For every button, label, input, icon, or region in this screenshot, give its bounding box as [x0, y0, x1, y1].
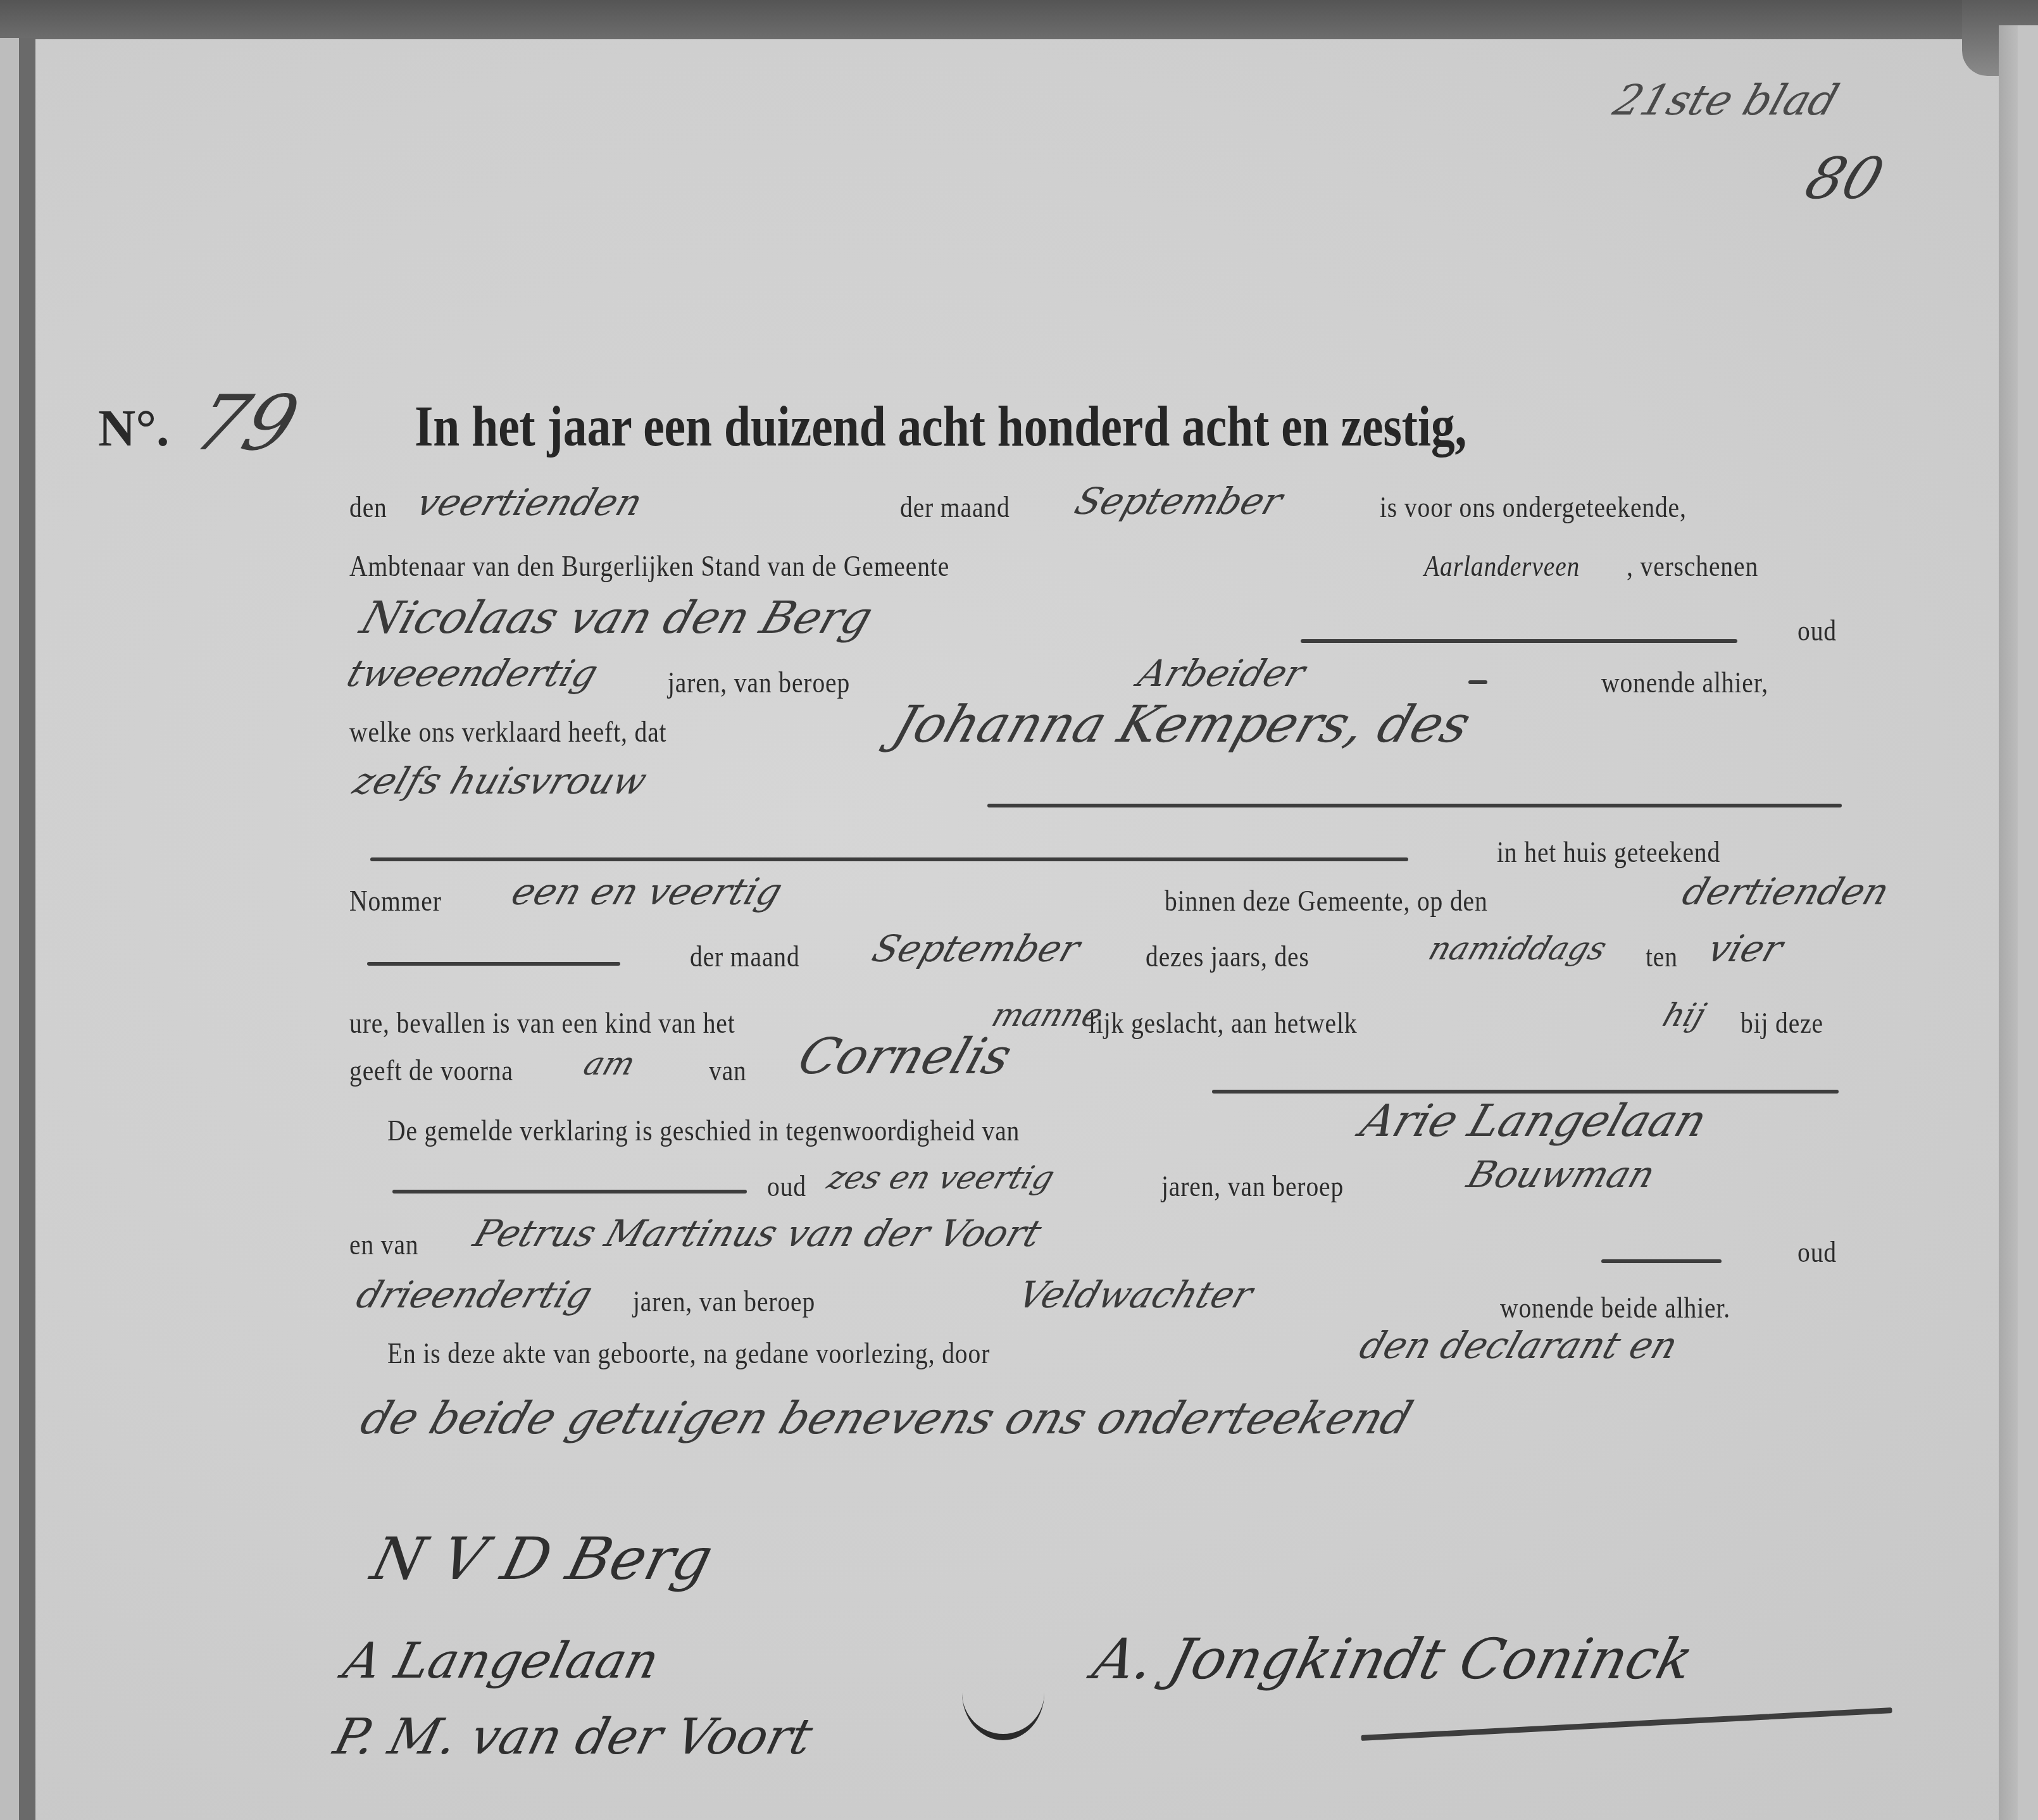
print-text: in het huis geteekend [1497, 835, 1720, 869]
handwritten-time-of-day: namiddags [1424, 930, 1611, 967]
print-text: der maand [900, 490, 1010, 524]
handwritten-mother-name: Johanna Kempers, des [886, 695, 1478, 754]
print-text: ure, bevallen is van een kind van het [349, 1006, 735, 1040]
print-text: jaren, van beroep [1161, 1169, 1344, 1203]
print-text: , verschenen [1627, 549, 1758, 583]
handwritten-witness-1: Arie Langelaan [1354, 1095, 1713, 1147]
print-text: en van [349, 1228, 419, 1261]
signature-flourish [962, 1645, 1044, 1740]
handwritten-occupation: Veldwachter [1013, 1273, 1258, 1316]
folio-marker: 21ste blad [1608, 76, 1844, 125]
municipality-name: Aarlanderveen [1424, 549, 1580, 583]
scan-top-shadow [0, 0, 2038, 39]
handwritten-house-number: een en veertig [506, 870, 788, 913]
handwritten-day: veertienden [411, 481, 648, 524]
handwritten-month: September [1070, 480, 1288, 523]
signature-witness-1: A Langelaan [338, 1633, 665, 1690]
print-text: wonende alhier, [1601, 666, 1768, 699]
handwritten-text: de beide getuigen benevens ons onderteek… [354, 1392, 1419, 1444]
entry-number-label: N°. [98, 399, 170, 458]
handwritten-witness-2: Petrus Martinus van der Voort [468, 1212, 1047, 1255]
book-binding-stripe [19, 38, 35, 1820]
page-edge-next [2018, 25, 2038, 1820]
print-text: den [349, 490, 387, 524]
print-text: van [709, 1054, 747, 1087]
entry-number-value: 79 [184, 380, 309, 468]
handwritten-text: den declarant en [1354, 1324, 1683, 1367]
handwritten-father-name: Nicolaas van den Berg [354, 592, 879, 644]
handwritten-pronoun: hij [1658, 997, 1711, 1033]
print-text: Nommer [349, 884, 442, 918]
print-text: is voor ons ondergeteekende, [1380, 490, 1687, 524]
print-text: oud [1797, 1235, 1837, 1269]
print-text: der maand [690, 940, 800, 973]
scanned-register-page: 21ste blad 80 N°. 79 In het jaar een dui… [0, 0, 2038, 1820]
print-text: De gemelde verklaring is geschied in teg… [387, 1114, 1020, 1147]
entry-title: In het jaar een duizend acht honderd ach… [415, 392, 1466, 459]
handwritten-birth-day: dertienden [1677, 870, 1895, 913]
print-text: jaren, van beroep [668, 666, 850, 699]
fill-line [1212, 1090, 1839, 1094]
fill-line [370, 857, 1408, 861]
register-number: 80 [1797, 146, 1892, 212]
handwritten-birth-month: September [867, 927, 1085, 970]
fill-line [392, 1190, 747, 1194]
fill-line [1601, 1259, 1722, 1263]
print-text: lijk geslacht, aan hetwelk [1089, 1006, 1357, 1040]
signature-witness-2: P. M. van der Voort [328, 1709, 818, 1766]
print-text: welke ons verklaard heeft, dat [349, 715, 666, 749]
print-text: jaren, van beroep [633, 1285, 815, 1318]
handwritten-child-name: Cornelis [791, 1028, 1018, 1085]
fill-line [1468, 680, 1487, 684]
handwritten-hour: vier [1703, 927, 1788, 970]
registrar-underline [1361, 1707, 1892, 1741]
handwritten-occupation: Arbeider [1133, 652, 1311, 695]
print-text: geeft de voorna [349, 1054, 513, 1087]
print-text: oud [1797, 614, 1837, 647]
print-text: Ambtenaar van den Burgerlijken Stand van… [349, 549, 949, 583]
signature-declarant: N V D Berg [365, 1525, 720, 1593]
handwritten-text: zelfs huisvrouw [348, 759, 653, 802]
handwritten-age: zes en veertig [823, 1159, 1059, 1196]
print-text: bij deze [1741, 1006, 1823, 1040]
handwritten-age: drieendertig [351, 1273, 598, 1316]
page-edge-right [1999, 25, 2018, 1820]
print-text: dezes jaars, des [1146, 940, 1310, 973]
print-text: binnen deze Gemeente, op den [1165, 884, 1488, 918]
print-text: ten [1646, 940, 1678, 973]
print-text: wonende beide alhier. [1500, 1291, 1730, 1324]
signature-registrar: A. Jongkindt Coninck [1087, 1626, 1700, 1692]
handwritten-age: tweeendertig [342, 652, 604, 695]
fill-line [987, 804, 1842, 807]
handwritten-occupation: Bouwman [1462, 1153, 1661, 1196]
fill-line [367, 962, 620, 966]
previous-page-edge [0, 38, 19, 1820]
fill-line [1301, 639, 1737, 643]
handwritten-text: am [579, 1045, 640, 1082]
print-text: oud [767, 1169, 806, 1203]
print-text: En is deze akte van geboorte, na gedane … [387, 1337, 990, 1370]
